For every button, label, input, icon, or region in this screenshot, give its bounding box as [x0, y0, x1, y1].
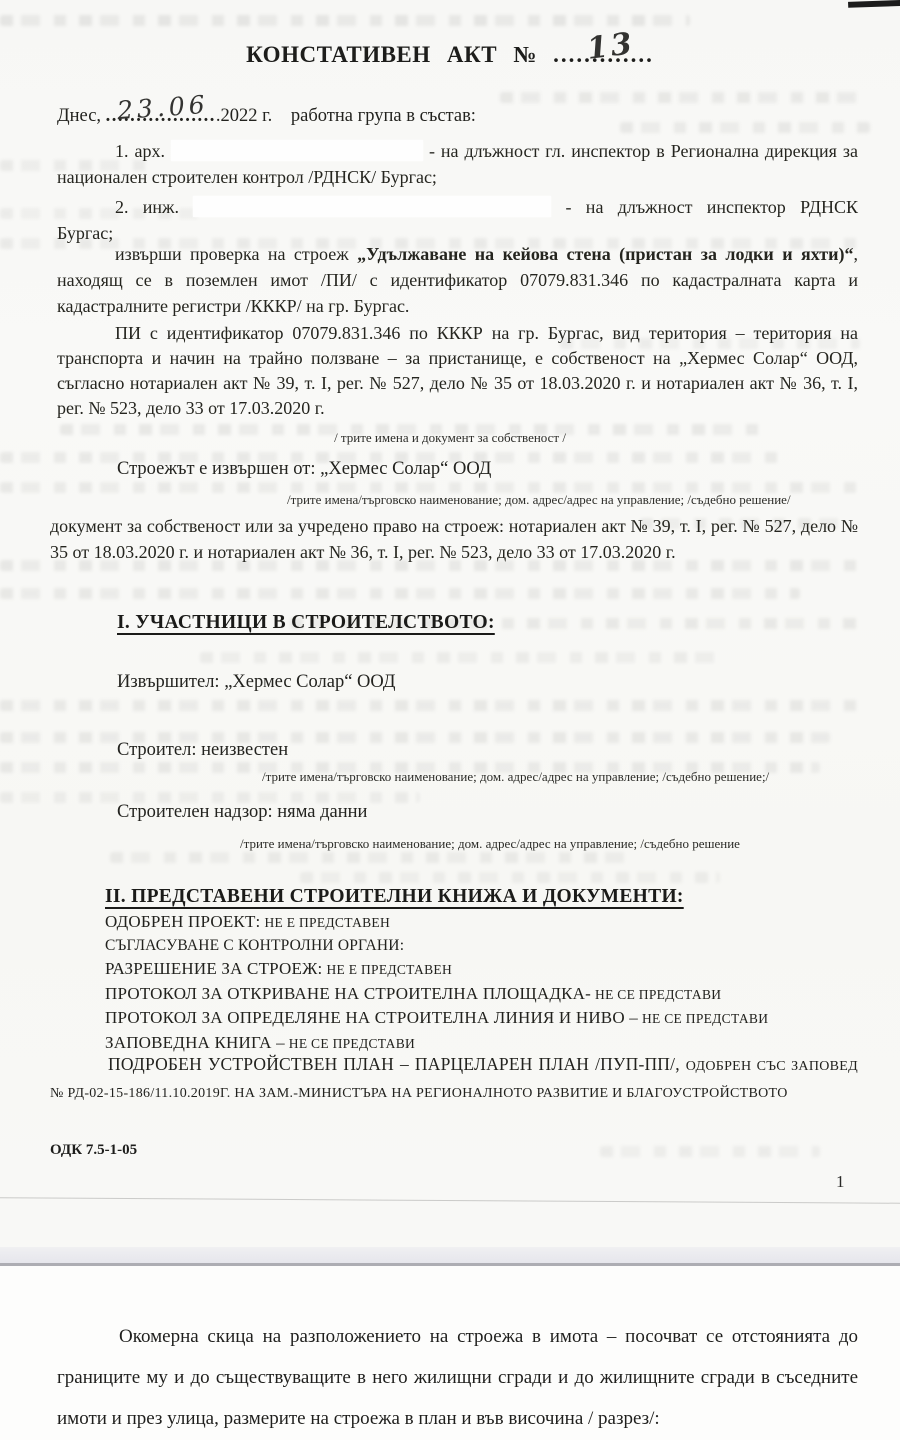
executor-line: Извършител: „Хермес Солар“ ООД — [117, 672, 395, 693]
item-status: НЕ СЕ ПРЕДСТАВИ — [289, 1036, 415, 1051]
item-label: СЪГЛАСУВАНЕ С КОНТРОЛНИ ОРГАНИ: — [105, 937, 404, 954]
caption-ownership: / трите имена и документ за собственост … — [0, 430, 900, 446]
pup-label: ПОДРОБЕН УСТРОЙСТВЕН ПЛАН – ПАРЦЕЛАРЕН П… — [108, 1054, 686, 1074]
list-item: ЗАПОВЕДНА КНИГА – НЕ СЕ ПРЕДСТАВИ — [105, 1033, 865, 1053]
pup-paragraph: ПОДРОБЕН УСТРОЙСТВЕН ПЛАН – ПАРЦЕЛАРЕН П… — [50, 1052, 858, 1106]
page2-paragraph: Окомерна скица на разположението на стро… — [57, 1316, 858, 1439]
section-2-list: ОДОБРЕН ПРОЕКТ: НЕ Е ПРЕДСТАВЕН СЪГЛАСУВ… — [105, 912, 865, 1057]
member-1-label: 1. арх. — [115, 141, 165, 161]
page-number: 1 — [836, 1172, 845, 1192]
supervisor-line: Строителен надзор: няма данни — [117, 802, 367, 823]
handwritten-act-number: 13 — [585, 26, 637, 67]
item-label: ОДОБРЕН ПРОЕКТ: — [105, 912, 260, 931]
item-status: НЕ СЕ ПРЕДСТАВИ — [642, 1011, 768, 1026]
title-dots-before: .... — [553, 42, 584, 67]
inspection-pre: извърши проверка на строеж — [115, 244, 357, 264]
typed-year: .2022 г. — [216, 106, 272, 126]
title-number-dotline: .............13 — [553, 42, 654, 68]
item-label: РАЗРЕШЕНИЕ ЗА СТРОЕЖ: — [105, 959, 322, 978]
list-item: РАЗРЕШЕНИЕ ЗА СТРОЕЖ: НЕ Е ПРЕДСТАВЕН — [105, 959, 865, 979]
item-label: ПРОТОКОЛ ЗА ОТКРИВАНЕ НА СТРОИТЕЛНА ПЛОЩ… — [105, 984, 591, 1003]
construction-name-bold: „Удължаване на кейова стена (пристан за … — [357, 244, 853, 264]
builder-line: Строител: неизвестен — [117, 740, 288, 761]
member-1-line: 1. арх. - на длъжност гл. инспектор в Ре… — [57, 138, 858, 190]
ownership-doc-paragraph: документ за собственост или за учредено … — [50, 513, 858, 565]
section-2-heading: II. ПРЕДСТАВЕНИ СТРОИТЕЛНИ КНИЖА И ДОКУМ… — [105, 886, 684, 908]
date-suffix: работна група в състав: — [291, 106, 476, 126]
caption-builder-statement: /трите имена/търговско наименование; дом… — [287, 492, 791, 508]
member-2-label: 2. инж. — [115, 197, 179, 217]
list-item: ПРОТОКОЛ ЗА ОПРЕДЕЛЯНЕ НА СТРОИТЕЛНА ЛИН… — [105, 1008, 865, 1028]
caption-supervisor: /трите имена/търговско наименование; дом… — [240, 836, 740, 852]
list-item: ОДОБРЕН ПРОЕКТ: НЕ Е ПРЕДСТАВЕН — [105, 912, 865, 932]
inspection-paragraph: извърши проверка на строеж „Удължаване н… — [57, 241, 858, 319]
list-item: СЪГЛАСУВАНЕ С КОНТРОЛНИ ОРГАНИ: — [105, 937, 865, 955]
item-label: ПРОТОКОЛ ЗА ОПРЕДЕЛЯНЕ НА СТРОИТЕЛНА ЛИН… — [105, 1008, 638, 1027]
caption-builder: /трите имена/търговско наименование; дом… — [262, 769, 769, 785]
member-1-redaction-box — [171, 140, 423, 161]
item-label: ЗАПОВЕДНА КНИГА – — [105, 1033, 285, 1052]
item-status: НЕ СЕ ПРЕДСТАВИ — [595, 987, 721, 1002]
date-line: Днес, ..................23.06.2022 г. ра… — [57, 106, 857, 127]
page2-text: Окомерна скица на разположението на стро… — [57, 1326, 858, 1429]
section-1-heading: I. УЧАСТНИЦИ В СТРОИТЕЛСТВОТО: — [117, 612, 495, 634]
form-code: ОДК 7.5-1-05 — [50, 1142, 137, 1159]
builder-statement: Строежът е извършен от: „Хермес Солар“ О… — [117, 459, 491, 480]
title-label: КОНСТАТИВЕН АКТ № — [246, 42, 537, 67]
member-2-redaction-box — [193, 196, 551, 217]
property-paragraph: ПИ с идентификатор 07079.831.346 по КККР… — [57, 321, 858, 421]
date-dotline: ..................23.06 — [106, 106, 216, 127]
list-item: ПРОТОКОЛ ЗА ОТКРИВАНЕ НА СТРОИТЕЛНА ПЛОЩ… — [105, 984, 865, 1004]
date-prefix: Днес, — [57, 106, 101, 126]
item-status: НЕ Е ПРЕДСТАВЕН — [326, 962, 452, 977]
item-status: НЕ Е ПРЕДСТАВЕН — [264, 915, 390, 930]
member-2-line: 2. инж. - на длъжност инспектор РДНСК Бу… — [57, 194, 858, 246]
scanned-document: КОНСТАТИВЕН АКТ № .............13 Днес, … — [0, 0, 900, 1440]
page-gap-band — [0, 1247, 900, 1266]
document-title: КОНСТАТИВЕН АКТ № .............13 — [0, 42, 900, 68]
